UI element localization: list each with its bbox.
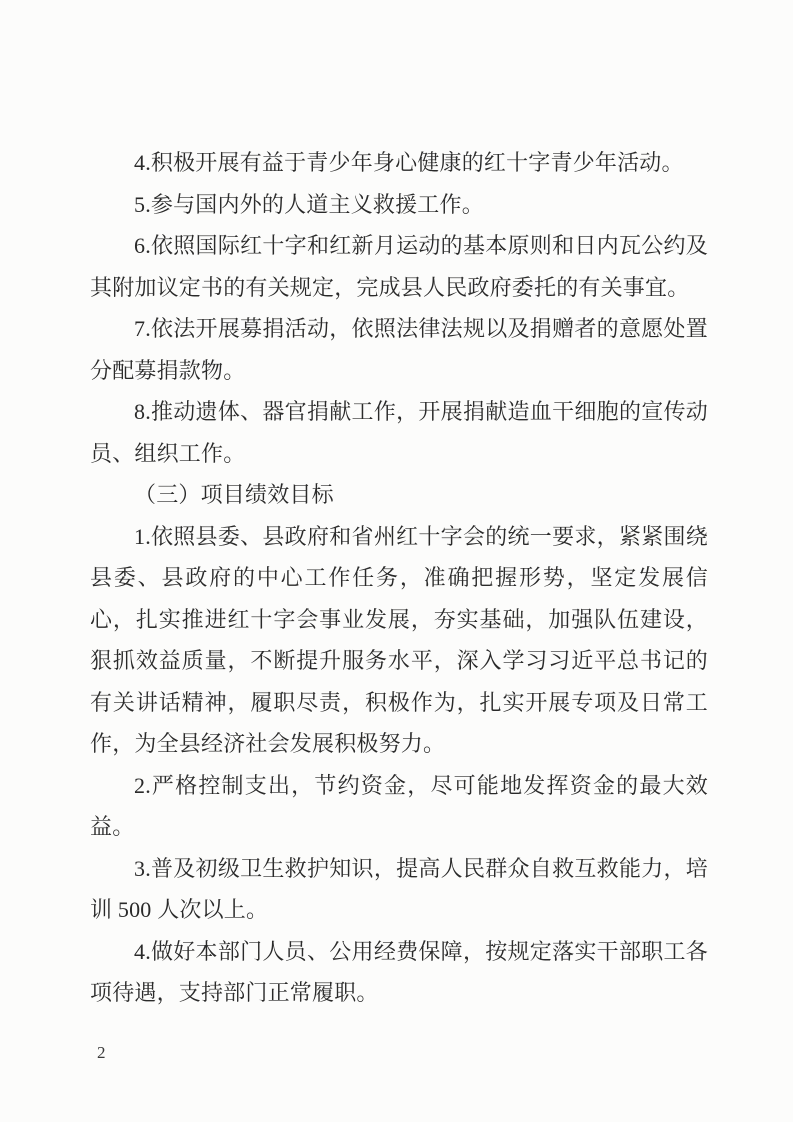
paragraph: 2.严格控制支出，节约资金，尽可能地发挥资金的最大效益。	[90, 765, 708, 848]
paragraph: 4.做好本部门人员、公用经费保障，按规定落实干部职工各项待遇，支持部门正常履职。	[90, 931, 708, 1014]
document-body: 4.积极开展有益于青少年身心健康的红十字青少年活动。 5.参与国内外的人道主义救…	[90, 142, 708, 1014]
page-number: 2	[97, 1042, 106, 1064]
document-page: 4.积极开展有益于青少年身心健康的红十字青少年活动。 5.参与国内外的人道主义救…	[0, 0, 793, 1122]
paragraph: 3.普及初级卫生救护知识，提高人民群众自救互救能力，培训 500 人次以上。	[90, 848, 708, 931]
paragraph: 6.依照国际红十字和红新月运动的基本原则和日内瓦公约及其附加议定书的有关规定，完…	[90, 225, 708, 308]
paragraph: 7.依法开展募捐活动，依照法律法规以及捐赠者的意愿处置分配募捐款物。	[90, 308, 708, 391]
paragraph: 4.积极开展有益于青少年身心健康的红十字青少年活动。	[90, 142, 708, 184]
paragraph: 5.参与国内外的人道主义救援工作。	[90, 184, 708, 226]
paragraph: 8.推动遗体、器官捐献工作，开展捐献造血干细胞的宣传动员、组织工作。	[90, 391, 708, 474]
section-heading: （三）项目绩效目标	[90, 474, 708, 516]
paragraph: 1.依照县委、县政府和省州红十字会的统一要求，紧紧围绕县委、县政府的中心工作任务…	[90, 516, 708, 765]
